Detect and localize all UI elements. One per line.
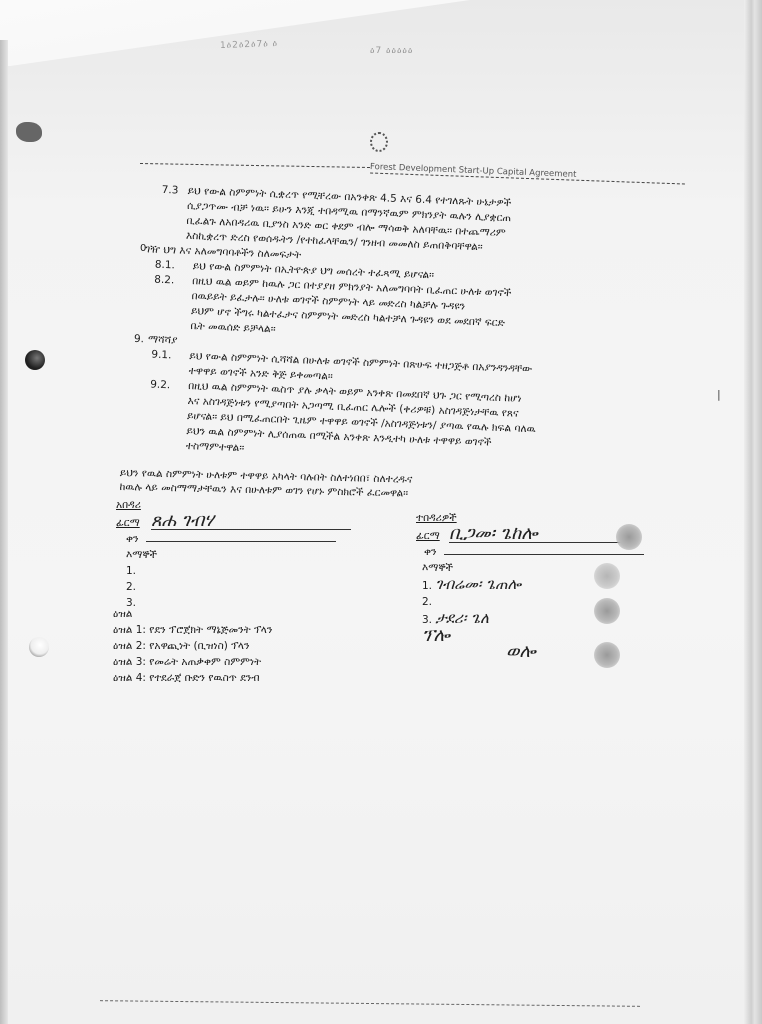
borrower-witness-3: 3. ታደሪ፡ ጌለ (416, 610, 676, 628)
borrower-date-line (444, 554, 644, 555)
footer-divider (100, 1000, 640, 1007)
borrower-witnesses-label: እማኞች (416, 560, 676, 576)
page-stack-edge (744, 0, 762, 1024)
lender-witnesses-label: እማኞች (116, 547, 396, 563)
fingerprint-stamp (616, 524, 642, 550)
lender-date-line (146, 541, 336, 542)
borrower-witness-extra: ወሎ (416, 644, 676, 660)
annex-title: ዕዝል (113, 606, 272, 622)
agreement-body: 7.3ይህ የውል ስምምነት ሲቋረጥ የሚቸረው በአንቀጽ 4.5 እና … (130, 182, 700, 473)
page-left-edge (0, 40, 8, 1024)
annex-item: ዕዝል 2: የአዋጪነት (ቢዝነስ) ፕላን (113, 638, 272, 654)
borrower-witness-1: 1. ገብሬመ፡ ጌጠሎ (416, 576, 676, 594)
fingerprint-stamp (594, 598, 620, 624)
header-divider-left (140, 163, 370, 168)
lender-signature-block: አበዳሪ ፊርማ ጸሐ ገብሃ ቀን እማኞች 1. 2. 3. (116, 497, 396, 611)
borrower-signature: ቢጋመ፡ ጌከሎ (449, 526, 629, 543)
borrower-witness-extra: ፕሎ (416, 628, 676, 644)
lender-signature-row: ፊርማ ጸሐ ገብሃ (116, 513, 396, 531)
fingerprint-stamp (594, 642, 620, 668)
borrower-witness-2: 2. (416, 594, 676, 610)
binder-clip (16, 122, 42, 142)
annex-list: ዕዝል ዕዝል 1: የደን ፕሮጀክት ማኔጅመንት ፕላን ዕዝል 2: የ… (113, 606, 272, 686)
lender-witness-2: 2. (116, 579, 396, 595)
right-margin-mark: | (717, 388, 721, 401)
punch-hole-bottom (29, 637, 49, 657)
annex-item: ዕዝል 3: የመሬት አጠቃቀም ስምምነት (113, 654, 272, 670)
page-fold (0, 0, 762, 70)
scanned-page: 1ዕ2ዕ2ዕ7ዕ ዕ ዕ7 ዕዕዕዕዕ Forest Development S… (0, 0, 762, 1024)
faded-text-1: 1ዕ2ዕ2ዕ7ዕ ዕ (220, 39, 278, 51)
lender-witness-1: 1. (116, 563, 396, 579)
emblem-icon (370, 132, 388, 152)
faded-text-2: ዕ7 ዕዕዕዕዕ (370, 46, 413, 56)
annex-item: ዕዝል 1: የደን ፕሮጀክት ማኔጅመንት ፕላን (113, 622, 272, 638)
lender-date-row: ቀን (116, 531, 396, 547)
lender-signature: ጸሐ ገብሃ (151, 513, 351, 530)
header-title: Forest Development Start-Up Capital Agre… (370, 162, 577, 180)
punch-hole-top (25, 350, 45, 370)
fingerprint-stamp (594, 563, 620, 589)
annex-item: ዕዝል 4: የተደራጀ ቡድን የዉስጥ ደንብ (113, 670, 272, 686)
